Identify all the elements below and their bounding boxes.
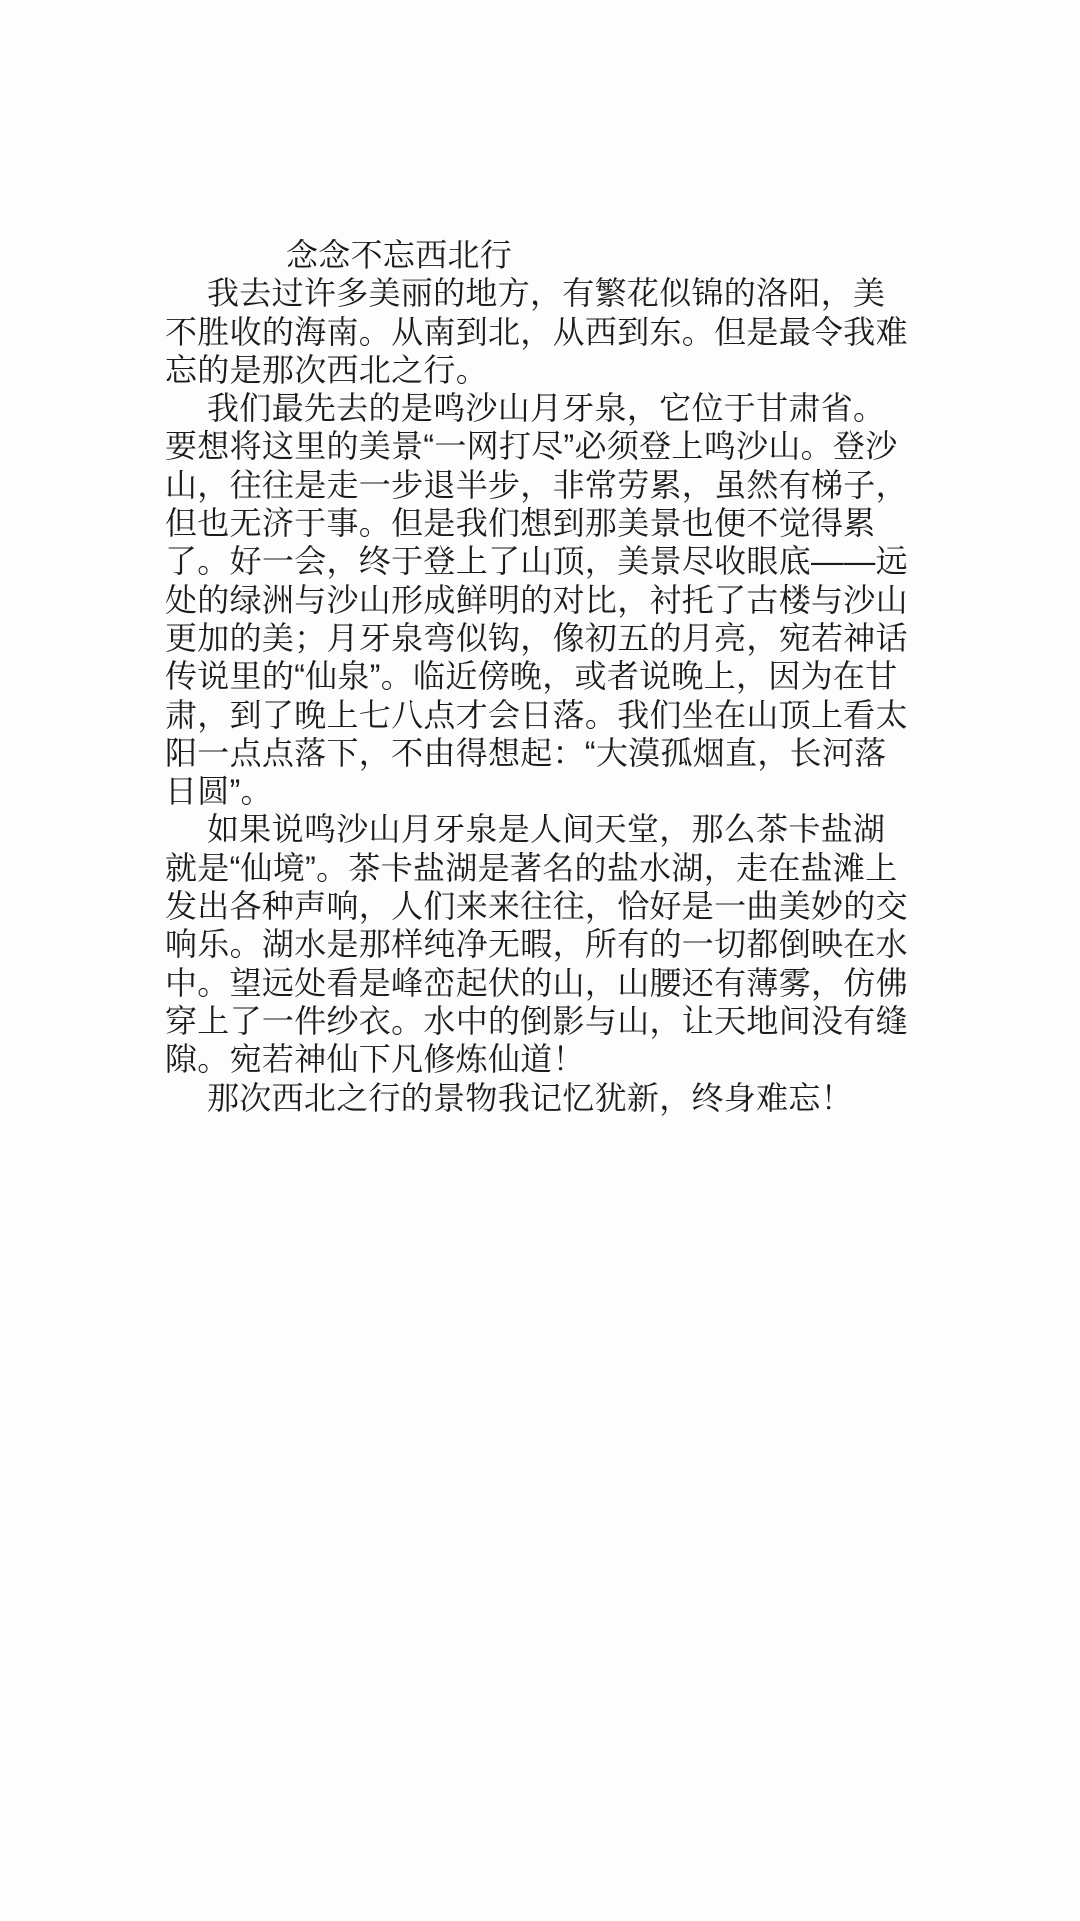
essay-line: 要想将这里的美景“一网打尽”必须登上鸣沙山。登沙 xyxy=(165,427,965,465)
essay-line: 中。望远处看是峰峦起伏的山，山腰还有薄雾，仿佛 xyxy=(165,964,965,1002)
essay-line: 就是“仙境”。茶卡盐湖是著名的盐水湖，走在盐滩上 xyxy=(165,849,965,887)
essay-line: 阳一点点落下，不由得想起：“大漠孤烟直，长河落 xyxy=(165,734,965,772)
essay-line: 但也无济于事。但是我们想到那美景也便不觉得累 xyxy=(165,504,965,542)
essay-line: 了。好一会，终于登上了山顶，美景尽收眼底——远 xyxy=(165,542,965,580)
essay-line: 更加的美；月牙泉弯似钩，像初五的月亮，宛若神话 xyxy=(165,619,965,657)
document-page: 念念不忘西北行我去过许多美丽的地方，有繁花似锦的洛阳，美不胜收的海南。从南到北，… xyxy=(0,0,1080,1921)
essay-line: 不胜收的海南。从南到北，从西到东。但是最令我难 xyxy=(165,313,965,351)
essay-line: 发出各种声响，人们来来往往，恰好是一曲美妙的交 xyxy=(165,887,965,925)
essay-line: 隙。宛若神仙下凡修炼仙道！ xyxy=(165,1040,965,1078)
essay-line: 忘的是那次西北之行。 xyxy=(165,351,965,389)
essay-line: 肃，到了晚上七八点才会日落。我们坐在山顶上看太 xyxy=(165,696,965,734)
essay-line: 我们最先去的是鸣沙山月牙泉，它位于甘肃省。 xyxy=(165,389,965,427)
essay-line: 那次西北之行的景物我记忆犹新，终身难忘！ xyxy=(165,1079,965,1117)
essay-line: 如果说鸣沙山月牙泉是人间天堂，那么茶卡盐湖 xyxy=(165,810,965,848)
essay-line: 穿上了一件纱衣。水中的倒影与山，让天地间没有缝 xyxy=(165,1002,965,1040)
essay-line: 山，往往是走一步退半步，非常劳累，虽然有梯子， xyxy=(165,466,965,504)
essay-text-block: 念念不忘西北行我去过许多美丽的地方，有繁花似锦的洛阳，美不胜收的海南。从南到北，… xyxy=(165,236,965,1117)
essay-line: 日圆”。 xyxy=(165,772,965,810)
essay-title: 念念不忘西北行 xyxy=(165,236,965,274)
essay-line: 我去过许多美丽的地方，有繁花似锦的洛阳，美 xyxy=(165,274,965,312)
essay-line: 传说里的“仙泉”。临近傍晚，或者说晚上，因为在甘 xyxy=(165,657,965,695)
essay-line: 响乐。湖水是那样纯净无暇，所有的一切都倒映在水 xyxy=(165,925,965,963)
essay-line: 处的绿洲与沙山形成鲜明的对比，衬托了古楼与沙山 xyxy=(165,581,965,619)
